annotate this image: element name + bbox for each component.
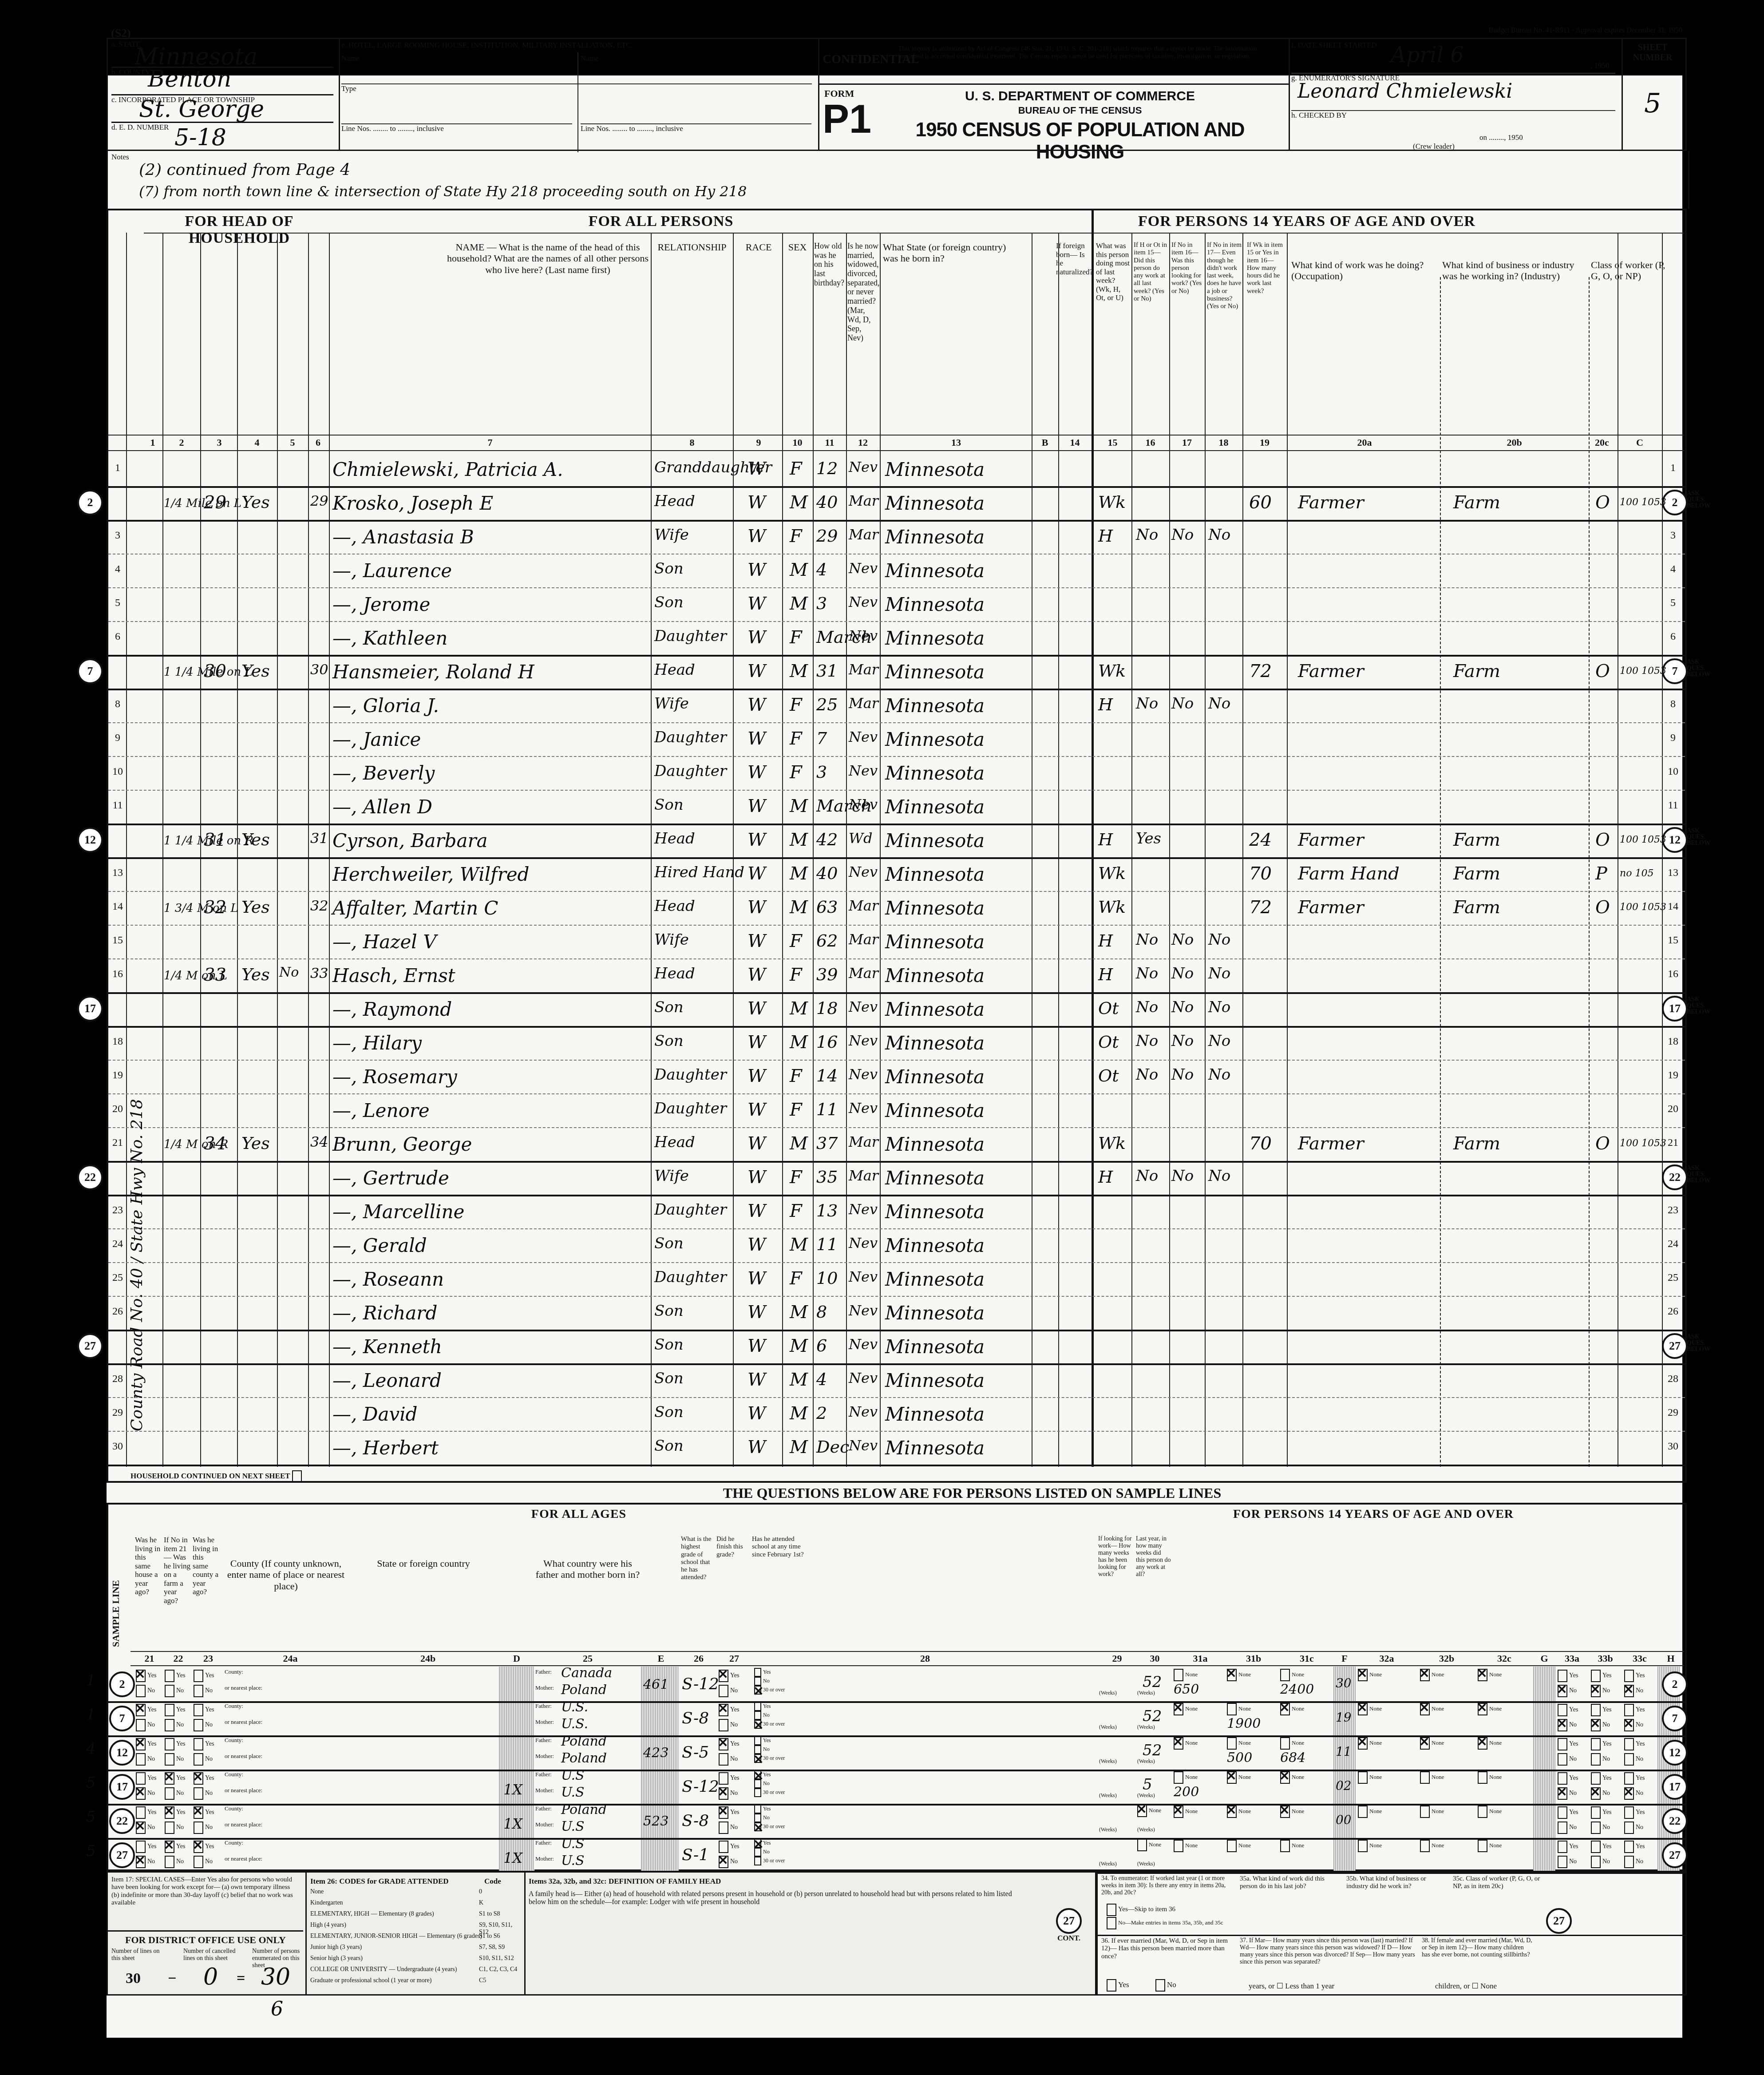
school-option-checkbox[interactable] [754,1770,761,1779]
grade-code-value: 0 [479,1889,482,1896]
income-c32a: None [1358,1840,1407,1852]
school-option-checkbox[interactable] [754,1736,761,1745]
income-c31a: None200 [1174,1771,1222,1800]
county-input[interactable] [259,1669,348,1682]
q36-no-checkbox[interactable] [1155,1979,1165,1992]
yes-checkbox[interactable] [165,1738,174,1750]
school-option-checkbox[interactable] [754,1779,761,1788]
cell-race: W [748,1100,766,1120]
cell-age: 4 [816,560,827,579]
persons-count: 30 [261,1964,290,1990]
none-option: None [1174,1840,1222,1852]
yes-checkbox[interactable] [1591,1806,1601,1819]
yes-checkbox[interactable] [1558,1670,1567,1682]
cell-s17: No [1171,998,1194,1016]
yes-checkbox[interactable] [1558,1806,1567,1819]
none-label: None [1369,1739,1382,1746]
cell-birth: Minnesota [885,1302,985,1324]
state-input[interactable] [359,1771,492,1798]
yes-label: Yes [1636,1809,1645,1816]
cell-name: Hansmeier, Roland H [332,661,534,683]
none-checkbox[interactable] [1420,1669,1430,1681]
yes-checkbox[interactable] [194,1704,203,1716]
yes-checkbox[interactable] [165,1704,174,1716]
cell-birth: Minnesota [885,1403,985,1425]
title-block: CONFIDENTIAL This inquiry is authorized … [818,39,1290,150]
county-input[interactable] [259,1703,348,1716]
no-checkbox[interactable] [136,1787,146,1800]
none-option: None [1420,1669,1469,1681]
yes-checkbox[interactable] [1624,1704,1634,1716]
yes-checkbox[interactable] [1591,1738,1601,1750]
none-checkbox[interactable] [1137,1839,1147,1851]
school-option-checkbox[interactable] [754,1720,761,1729]
school-option-checkbox[interactable] [754,1857,761,1865]
none-checkbox[interactable] [1358,1737,1368,1750]
yes-checkbox[interactable] [194,1806,203,1819]
no-checkbox[interactable] [194,1787,203,1800]
no-checkbox[interactable] [1558,1787,1567,1800]
school-option-checkbox[interactable] [754,1668,761,1677]
grade-code-value: C1, C2, C3, C4 [479,1966,517,1973]
q34-yes-checkbox[interactable] [1107,1904,1116,1916]
section-all-persons: FOR ALL PERSONS [330,213,992,230]
leave-blank-f: 11 [1336,1744,1352,1759]
none-option: None [1280,1840,1329,1852]
cell-mar: Wd [849,830,872,847]
grade-code-item: COLLEGE OR UNIVERSITY — Undergraduate (4… [310,1966,519,1973]
no-option: No [136,1719,156,1731]
no-checkbox[interactable] [1624,1753,1634,1766]
none-label: None [1369,1705,1382,1712]
place-value: St. George [139,96,264,123]
yes-label: Yes [147,1707,156,1713]
county-input[interactable] [259,1771,348,1785]
income-c31b: None [1227,1771,1276,1784]
no-checkbox[interactable] [719,1787,728,1800]
yes-no-21: YesNo [136,1806,156,1834]
hotel-type-label: Type [341,83,812,93]
line-number: 17 [77,996,99,1022]
no-option: No [1591,1856,1611,1868]
cell-rel: Son [654,1032,684,1050]
yes-label: Yes [1602,1775,1611,1782]
sample-section-title: THE QUESTIONS BELOW ARE FOR PERSONS LIST… [595,1485,1349,1501]
sample-line-number: 17 [1662,996,1688,1022]
bureau: BUREAU OF THE CENSUS [889,105,1271,116]
cell-age: 6 [816,1336,827,1355]
col-num: 20b [1440,437,1589,448]
sample-line-number: 17 [1662,1774,1688,1800]
cell-birth: Minnesota [885,762,985,784]
yes-checkbox[interactable] [1591,1704,1601,1716]
weeks-label-29: (Weeks) [1099,1758,1117,1765]
none-checkbox[interactable] [1227,1840,1237,1852]
cell-sex: M [790,897,808,918]
no-checkbox[interactable] [719,1719,728,1731]
no-checkbox[interactable] [1624,1719,1634,1731]
none-label: None [1292,1671,1304,1678]
no-label: No [730,1858,738,1865]
no-checkbox[interactable] [719,1856,728,1868]
yes-no-33b: YesNo [1591,1772,1611,1800]
no-checkbox[interactable] [194,1719,203,1731]
none-label: None [1432,1774,1444,1780]
no-checkbox[interactable] [136,1822,146,1834]
none-checkbox[interactable] [1174,1669,1183,1681]
grade-attended: S-1 [682,1846,709,1864]
school-option-label: No [763,1814,770,1821]
state-input[interactable] [359,1737,492,1764]
none-checkbox[interactable] [1227,1703,1237,1715]
cell-hours: 70 [1249,1133,1272,1154]
yes-option: Yes [165,1841,185,1853]
no-checkbox[interactable] [1591,1753,1601,1766]
none-checkbox[interactable] [1478,1771,1487,1784]
state-input[interactable] [359,1669,492,1695]
no-checkbox[interactable] [1558,1719,1567,1731]
no-label: No [176,1858,184,1865]
street-margin-note: County Road No. 40 / State Hwy No. 218 [128,677,159,1431]
yes-checkbox[interactable] [1591,1772,1601,1785]
no-checkbox[interactable] [1624,1685,1634,1697]
none-label: None [1369,1671,1382,1678]
col-num: 10 [783,437,812,448]
cell-name: Krosko, Joseph E [332,492,493,514]
none-checkbox[interactable] [1420,1737,1430,1750]
no-checkbox[interactable] [136,1856,146,1868]
grade-code-value: S10, S11, S12 [479,1955,514,1962]
no-checkbox[interactable] [1624,1822,1634,1834]
yes-checkbox[interactable] [719,1806,728,1819]
school-option-checkbox[interactable] [754,1805,761,1814]
state-input[interactable] [359,1806,492,1832]
none-checkbox[interactable] [1280,1840,1290,1852]
none-label: None [1292,1842,1304,1849]
yes-label: Yes [205,1741,214,1747]
no-checkbox[interactable] [165,1719,174,1731]
leave-blank-e: 461 [643,1677,668,1692]
cell-age: 42 [816,830,838,849]
school-option-checkbox[interactable] [754,1822,761,1831]
household-continued[interactable]: HOUSEHOLD CONTINUED ON NEXT SHEET [131,1470,304,1483]
yes-checkbox[interactable] [1624,1806,1634,1819]
cont-line-number: 27 [1056,1908,1082,1934]
no-checkbox[interactable] [1591,1787,1601,1800]
school-option-checkbox[interactable] [754,1848,761,1857]
state-input[interactable] [359,1703,492,1730]
none-option: None [1478,1737,1527,1750]
yes-checkbox[interactable] [719,1841,728,1853]
no-checkbox[interactable] [1558,1685,1567,1697]
county-input[interactable] [259,1840,348,1853]
cell-birth: Minnesota [885,1100,985,1121]
divider [1098,1935,1685,1936]
yes-checkbox[interactable] [1558,1738,1567,1750]
grade-attended: S-5 [682,1743,709,1762]
sample-line-marker: 7 [109,1706,135,1731]
yes-checkbox[interactable] [136,1772,146,1785]
none-checkbox[interactable] [1478,1669,1487,1681]
no-label: No [176,1756,184,1762]
none-checkbox[interactable] [1174,1703,1183,1715]
no-checkbox[interactable] [719,1685,728,1697]
cell-age: 40 [816,863,838,883]
none-checkbox[interactable] [1280,1771,1290,1784]
school-option-checkbox[interactable] [754,1839,761,1848]
no-checkbox[interactable] [165,1787,174,1800]
no-checkbox[interactable] [165,1856,174,1868]
cell-mar: Mar [849,1133,878,1150]
yes-no-21: YesNo [136,1772,156,1800]
none-checkbox[interactable] [1174,1840,1183,1852]
no-option: No [1591,1787,1611,1800]
cell-mar: Nev [849,627,878,644]
no-checkbox[interactable] [719,1822,728,1834]
equals-sign: = [237,1970,245,1987]
header-21: Was he living in this same house a year … [135,1536,162,1596]
yes-checkbox[interactable] [1624,1738,1634,1750]
yes-checkbox[interactable] [194,1772,203,1785]
none-checkbox[interactable] [1358,1806,1368,1818]
yes-checkbox[interactable] [194,1670,203,1682]
cell-sex: M [790,1336,808,1356]
none-checkbox[interactable] [1174,1806,1183,1818]
none-checkbox[interactable] [1227,1771,1237,1784]
sample-line-number: 27 [1662,1333,1688,1359]
yes-checkbox[interactable] [165,1841,174,1853]
yes-checkbox[interactable] [719,1772,728,1785]
yes-checkbox[interactable] [1558,1704,1567,1716]
yes-label: Yes [1636,1672,1645,1679]
none-checkbox[interactable] [1358,1771,1368,1784]
mother-label: Mother: [535,1822,554,1828]
sample-row: 17YesNoYesNoYesNoCounty:or nearest place… [108,1701,1685,1737]
cell-s16: No [1136,1066,1158,1084]
none-checkbox[interactable] [1280,1669,1290,1681]
mother-label: Mother: [535,1685,554,1691]
yes-checkbox[interactable] [719,1670,728,1682]
mother-label: Mother: [535,1856,554,1862]
table-row: 22ASK QUES. BELOW22—, GertrudeWifeWF35Ma… [108,1161,1685,1196]
no-label: No [205,1858,213,1865]
no-checkbox[interactable] [136,1753,146,1766]
yes-checkbox[interactable] [136,1738,146,1750]
no-checkbox[interactable] [1558,1856,1567,1868]
q35a: 35a. What kind of work did this person d… [1240,1875,1342,1891]
no-option: No [194,1719,214,1731]
date-started: April 6 [1391,43,1464,67]
cell-age: 10 [816,1268,838,1288]
none-option: None [1174,1737,1222,1750]
no-checkbox[interactable] [1591,1856,1601,1868]
weeks-label-30: (Weeks) [1137,1724,1155,1730]
cell-sex: M [790,1235,808,1255]
no-label: No [1636,1858,1643,1865]
none-checkbox[interactable] [1174,1771,1183,1784]
no-checkbox[interactable] [1624,1787,1634,1800]
household-continued-checkbox[interactable] [292,1470,302,1483]
yes-checkbox[interactable] [1624,1670,1634,1682]
no-checkbox[interactable] [1591,1685,1601,1697]
no-checkbox[interactable] [194,1822,203,1834]
cell-agq: 31 [310,830,328,847]
amount-c31a: 650 [1174,1682,1222,1698]
no-label: No [1569,1722,1577,1728]
school-option-checkbox[interactable] [754,1702,761,1711]
county-input[interactable] [259,1737,348,1750]
cell-s15: Wk [1098,863,1126,883]
cell-occ: Farmer [1298,1133,1364,1154]
sample-col-num: 26 [681,1653,716,1664]
cell-s15: Ot [1098,998,1119,1018]
cell-race: W [748,1167,766,1188]
none-checkbox[interactable] [1420,1806,1430,1818]
state-input[interactable] [359,1840,492,1866]
none-checkbox[interactable] [1358,1669,1368,1681]
no-checkbox[interactable] [165,1685,174,1697]
yes-checkbox[interactable] [136,1704,146,1716]
yes-no-22: YesNo [165,1772,185,1800]
yes-checkbox[interactable] [165,1806,174,1819]
yes-checkbox[interactable] [165,1772,174,1785]
cell-age: 2 [816,1403,827,1423]
no-option: No [165,1719,185,1731]
no-option: No [1558,1856,1578,1868]
yes-no-33a: YesNo [1558,1772,1578,1800]
grade-attended: S-12 [682,1675,719,1693]
cell-rel: Son [654,1302,684,1320]
county-label: County: [225,1703,243,1710]
none-option: None [1478,1703,1527,1715]
sample-line-number: 12 [109,1740,135,1766]
line-number: 5 [107,597,129,609]
yes-option: Yes [719,1738,739,1750]
cell-farm: Yes [241,661,270,681]
none-checkbox[interactable] [1420,1840,1430,1852]
yes-checkbox[interactable] [719,1704,728,1716]
none-checkbox[interactable] [1174,1737,1183,1750]
no-checkbox[interactable] [1558,1753,1567,1766]
yes-checkbox[interactable] [1591,1670,1601,1682]
none-checkbox[interactable] [1478,1703,1487,1715]
sample-line-label: SAMPLE LINE [110,1580,122,1647]
line-number-right: 9 [1662,732,1684,744]
none-checkbox[interactable] [1280,1737,1290,1750]
yes-checkbox[interactable] [136,1670,146,1682]
cell-mar: Nev [849,796,878,813]
no-checkbox[interactable] [194,1856,203,1868]
weeks-label-29: (Weeks) [1099,1724,1117,1730]
school-option-2: No [754,1779,785,1788]
yes-checkbox[interactable] [165,1670,174,1682]
none-checkbox[interactable] [1420,1703,1430,1715]
no-checkbox[interactable] [194,1753,203,1766]
cell-rel: Son [654,1370,684,1387]
none-checkbox[interactable] [1227,1737,1237,1750]
yes-option: Yes [165,1738,185,1750]
cell-race: W [748,796,766,816]
none-checkbox[interactable] [1280,1703,1290,1715]
no-checkbox[interactable] [1558,1822,1567,1834]
no-checkbox[interactable] [719,1753,728,1766]
cell-sex: F [790,762,802,783]
yes-option: Yes [1591,1806,1611,1819]
cell-birth: Minnesota [885,998,985,1020]
no-option: No [136,1787,156,1800]
none-checkbox[interactable] [1358,1840,1368,1852]
yes-checkbox[interactable] [719,1738,728,1750]
cell-s16: No [1136,998,1158,1016]
no-option: No [1558,1719,1578,1731]
none-checkbox[interactable] [1478,1737,1487,1750]
no-checkbox[interactable] [165,1753,174,1766]
none-checkbox[interactable] [1137,1805,1147,1817]
cell-mar: Mar [849,1167,878,1184]
margin-number: 4 [86,1740,96,1758]
none-checkbox[interactable] [1420,1771,1430,1784]
no-checkbox[interactable] [194,1685,203,1697]
none-checkbox[interactable] [1358,1703,1368,1715]
no-option: No [1558,1753,1578,1766]
none-checkbox[interactable] [1280,1806,1290,1818]
yes-checkbox[interactable] [136,1806,146,1819]
yes-checkbox[interactable] [194,1841,203,1853]
yes-label: Yes [730,1741,739,1747]
no-checkbox[interactable] [136,1719,146,1731]
grade-code-item: KindergartenK [310,1900,519,1907]
none-label: None [1238,1842,1251,1849]
yes-checkbox[interactable] [1591,1841,1601,1853]
yes-no-22: YesNo [165,1806,185,1834]
school-option-checkbox[interactable] [754,1686,761,1695]
none-checkbox[interactable] [1227,1669,1237,1681]
school-option-checkbox[interactable] [754,1754,761,1763]
yes-checkbox[interactable] [194,1738,203,1750]
school-option-checkbox[interactable] [754,1788,761,1797]
no-checkbox[interactable] [165,1822,174,1834]
yes-option: Yes [1558,1772,1578,1785]
yes-checkbox[interactable] [136,1841,146,1853]
cell-rel: Head [654,492,695,510]
no-checkbox[interactable] [1591,1822,1601,1834]
yes-checkbox[interactable] [1624,1772,1634,1785]
school-option-label: 30 or over [763,1857,785,1864]
none-checkbox[interactable] [1227,1806,1237,1818]
none-checkbox[interactable] [1478,1806,1487,1818]
cell-birth: Minnesota [885,1370,985,1391]
amount-c31c: 2400 [1280,1682,1329,1698]
yes-checkbox[interactable] [1558,1841,1567,1853]
yes-checkbox[interactable] [1558,1772,1567,1785]
cell-sex: F [790,1167,802,1188]
cont-label: CONT. [1044,1934,1093,1943]
cell-s15: Wk [1098,1133,1126,1153]
sample-line-marker: 2 [109,1671,135,1697]
cell-code: 100 1053 [1620,902,1666,913]
county-input[interactable] [259,1806,348,1819]
no-checkbox[interactable] [1624,1856,1634,1868]
none-option: None [1227,1703,1276,1715]
no-checkbox[interactable] [1591,1719,1601,1731]
none-checkbox[interactable] [1478,1840,1487,1852]
yes-checkbox[interactable] [1624,1841,1634,1853]
yes-label: Yes [1636,1843,1645,1850]
q34-no-checkbox[interactable] [1107,1917,1116,1929]
q36-yes-checkbox[interactable] [1107,1979,1116,1992]
line-number: 14 [107,901,129,913]
no-checkbox[interactable] [136,1685,146,1697]
